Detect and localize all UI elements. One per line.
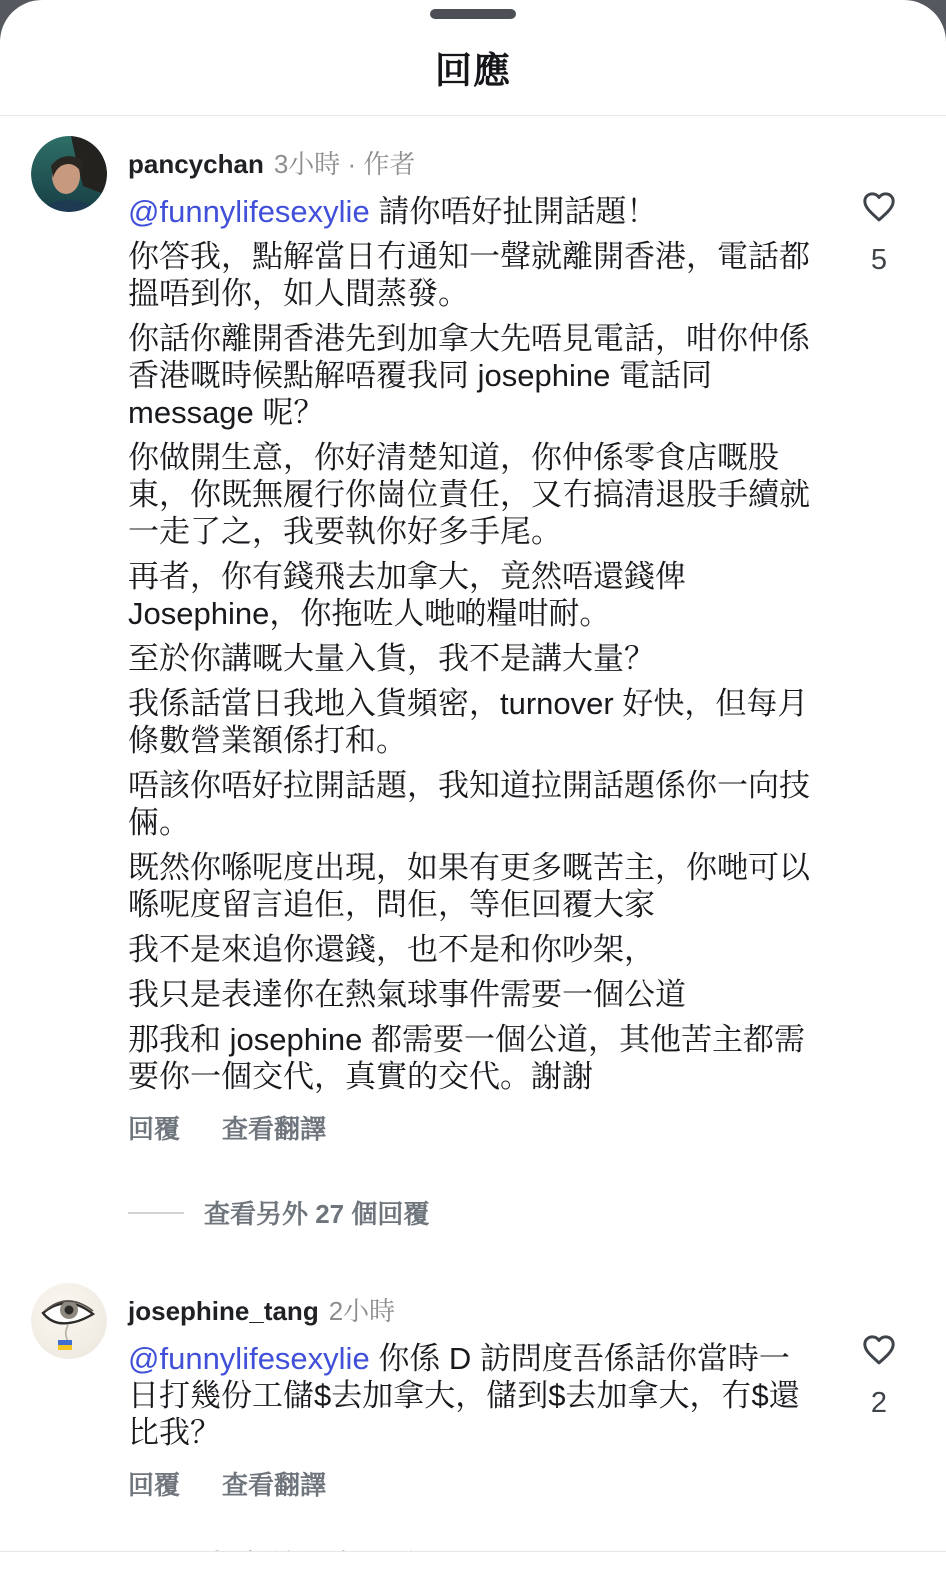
comment-paragraph: 你話你離開香港先到加拿大先唔見電話，咁你仲係香港嘅時候點解唔覆我同 joseph…	[128, 320, 818, 431]
bottom-bar	[0, 1551, 946, 1574]
comment-paragraph: 那我和 josephine 都需要一個公道，其他苦主都需要你一個交代，真實的交代…	[128, 1021, 818, 1095]
avatar-josephine-tang[interactable]	[31, 1283, 107, 1359]
avatar-photo	[31, 136, 107, 212]
avatar-photo	[31, 1283, 107, 1359]
reply-button[interactable]: 回覆	[128, 1109, 180, 1146]
username-link[interactable]: pancychan	[128, 149, 264, 179]
comment-paragraph: 我只是表達你在熱氣球事件需要一個公道	[128, 976, 818, 1013]
see-translation-button[interactable]: 查看翻譯	[222, 1465, 326, 1502]
comment-text: @funnylifesexylie 你係 D 訪問度吾係話你當時一日打幾份工儲$…	[128, 1340, 818, 1451]
comment-paragraph: 唔該你唔好拉開話題，我知道拉開話題係你一向技倆。	[128, 767, 818, 841]
view-more-replies-label: 查看另外 27 個回覆	[204, 1194, 429, 1231]
comment-paragraph: 你做開生意，你好清楚知道，你仲係零食店嘅股東，你既無履行你崗位責任，又冇搞清退股…	[128, 439, 818, 550]
like-column: 5	[836, 136, 922, 277]
comment-paragraph: 既然你喺呢度出現，如果有更多嘅苦主，你哋可以喺呢度留言追佢，問佢，等佢回覆大家	[128, 849, 818, 923]
like-column: 2	[836, 1283, 922, 1420]
comments-bottom-sheet: 回應 pancyc	[0, 0, 946, 1574]
username-link[interactable]: josephine_tang	[128, 1296, 319, 1326]
sheet-header: 回應	[0, 0, 946, 116]
mention-link[interactable]: @funnylifesexylie	[128, 194, 370, 229]
comment-row-josephine-tang: josephine_tang2小時 @funnylifesexylie 你係 D…	[0, 1283, 946, 1574]
drag-handle[interactable]	[430, 9, 516, 19]
like-count: 2	[871, 1387, 887, 1420]
heart-icon[interactable]	[858, 1329, 900, 1369]
comment-paragraph: 我係話當日我地入貨頻密，turnover 好快，但每月條數營業額係打和。	[128, 685, 818, 759]
comment-meta: 2小時	[329, 1296, 395, 1326]
like-count: 5	[871, 244, 887, 277]
avatar-pancychan[interactable]	[31, 136, 107, 212]
comment-content: pancychan3小時 · 作者 @funnylifesexylie 請你唔好…	[128, 136, 818, 1231]
comment-paragraph: 再者，你有錢飛去加拿大，竟然唔還錢俾 Josephine，你拖咗人哋啲糧咁耐。	[128, 558, 818, 632]
comment-content: josephine_tang2小時 @funnylifesexylie 你係 D…	[128, 1283, 818, 1574]
comment-text: @funnylifesexylie 請你唔好扯開話題！ 你答我，點解當日冇通知一…	[128, 193, 818, 1095]
mention-link[interactable]: @funnylifesexylie	[128, 1341, 370, 1376]
comment-header: pancychan3小時 · 作者	[128, 149, 818, 179]
view-more-replies[interactable]: 查看另外 27 個回覆	[128, 1194, 818, 1231]
comment-paragraph: 請你唔好扯開話題！	[370, 194, 658, 229]
comment-paragraph: 你答我，點解當日冇通知一聲就離開香港，電話都搵唔到你，如人間蒸發。	[128, 238, 818, 312]
comment-meta: 3小時 · 作者	[274, 149, 416, 179]
comment-header: josephine_tang2小時	[128, 1296, 818, 1326]
comment-actions: 回覆 查看翻譯	[128, 1109, 818, 1146]
comment-row-pancychan: pancychan3小時 · 作者 @funnylifesexylie 請你唔好…	[0, 136, 946, 1231]
comment-paragraph: 我不是來追你還錢，也不是和你吵架，	[128, 931, 818, 968]
comment-actions: 回覆 查看翻譯	[128, 1465, 818, 1502]
comment-paragraph: 至於你講嘅大量入貨，我不是講大量？	[128, 640, 818, 677]
reply-button[interactable]: 回覆	[128, 1465, 180, 1502]
see-translation-button[interactable]: 查看翻譯	[222, 1109, 326, 1146]
heart-icon[interactable]	[858, 186, 900, 226]
sheet-title: 回應	[0, 40, 946, 94]
thread-line	[128, 1212, 184, 1214]
